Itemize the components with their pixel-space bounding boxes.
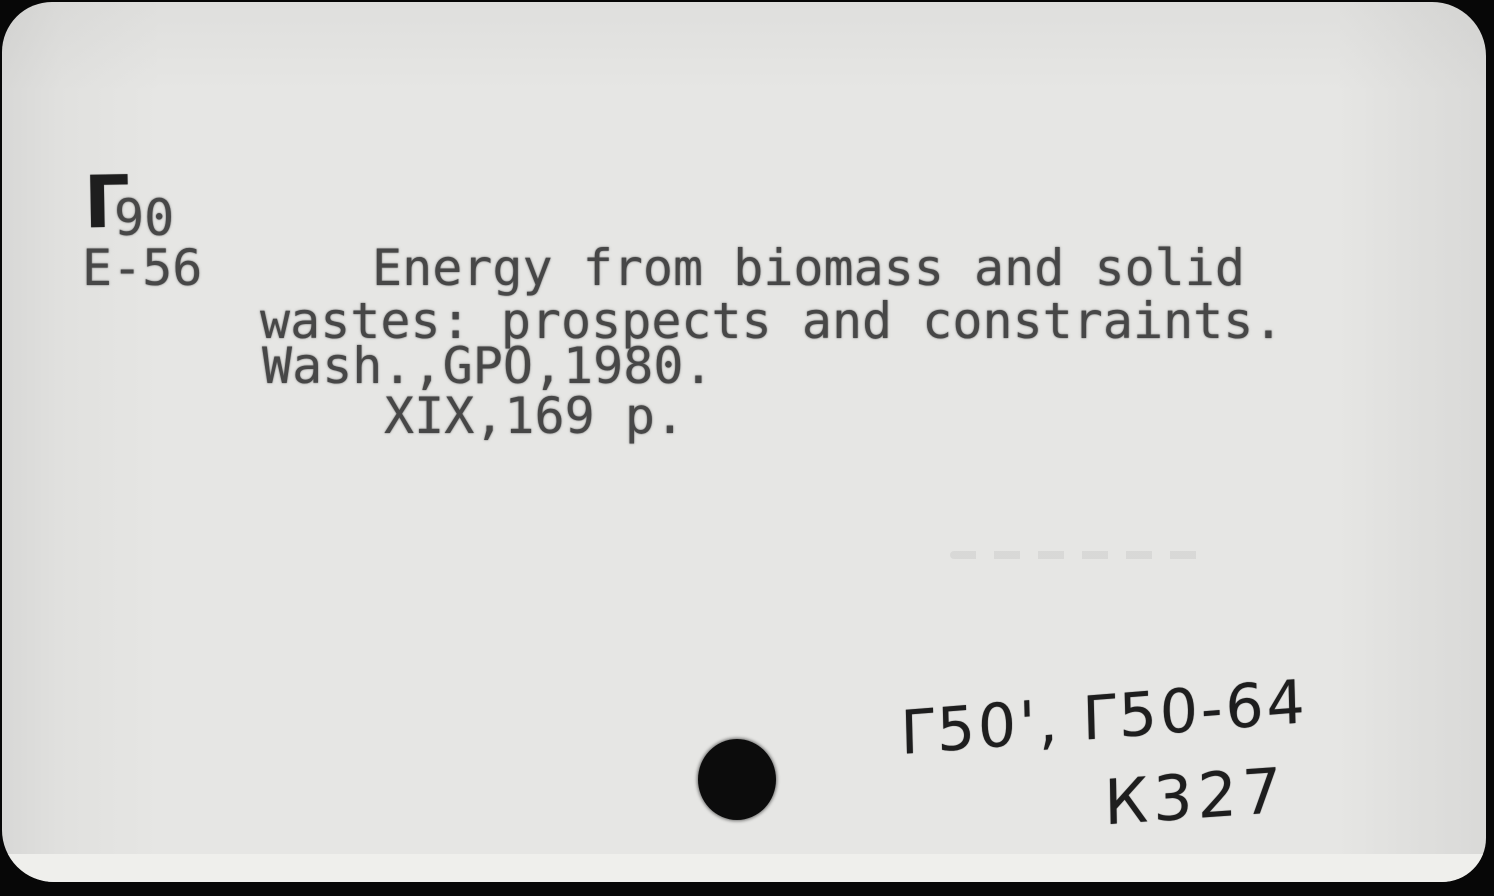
catalog-card: Γ 90 E-56 Energy from biomass and solid … — [2, 2, 1486, 882]
card-bottom-edge-highlight — [2, 854, 1486, 882]
handwritten-annotation-line-2: К327 — [1104, 760, 1287, 835]
scanner-background: Γ 90 E-56 Energy from biomass and solid … — [0, 0, 1494, 896]
handwritten-annotation-line-1: Γ50', Γ50-64 — [900, 672, 1309, 764]
entry-imprint-line: Wash.,GPO,1980. — [262, 341, 714, 391]
scan-smudge-artifact — [950, 551, 1212, 559]
call-number-class-code: E-56 — [82, 243, 202, 293]
call-number-shelf: 90 — [114, 193, 174, 243]
punch-hole-dot-icon — [698, 739, 776, 820]
entry-pagination-line: XIX,169 p. — [384, 391, 685, 441]
entry-title-line-1: Energy from biomass and solid — [372, 243, 1245, 293]
